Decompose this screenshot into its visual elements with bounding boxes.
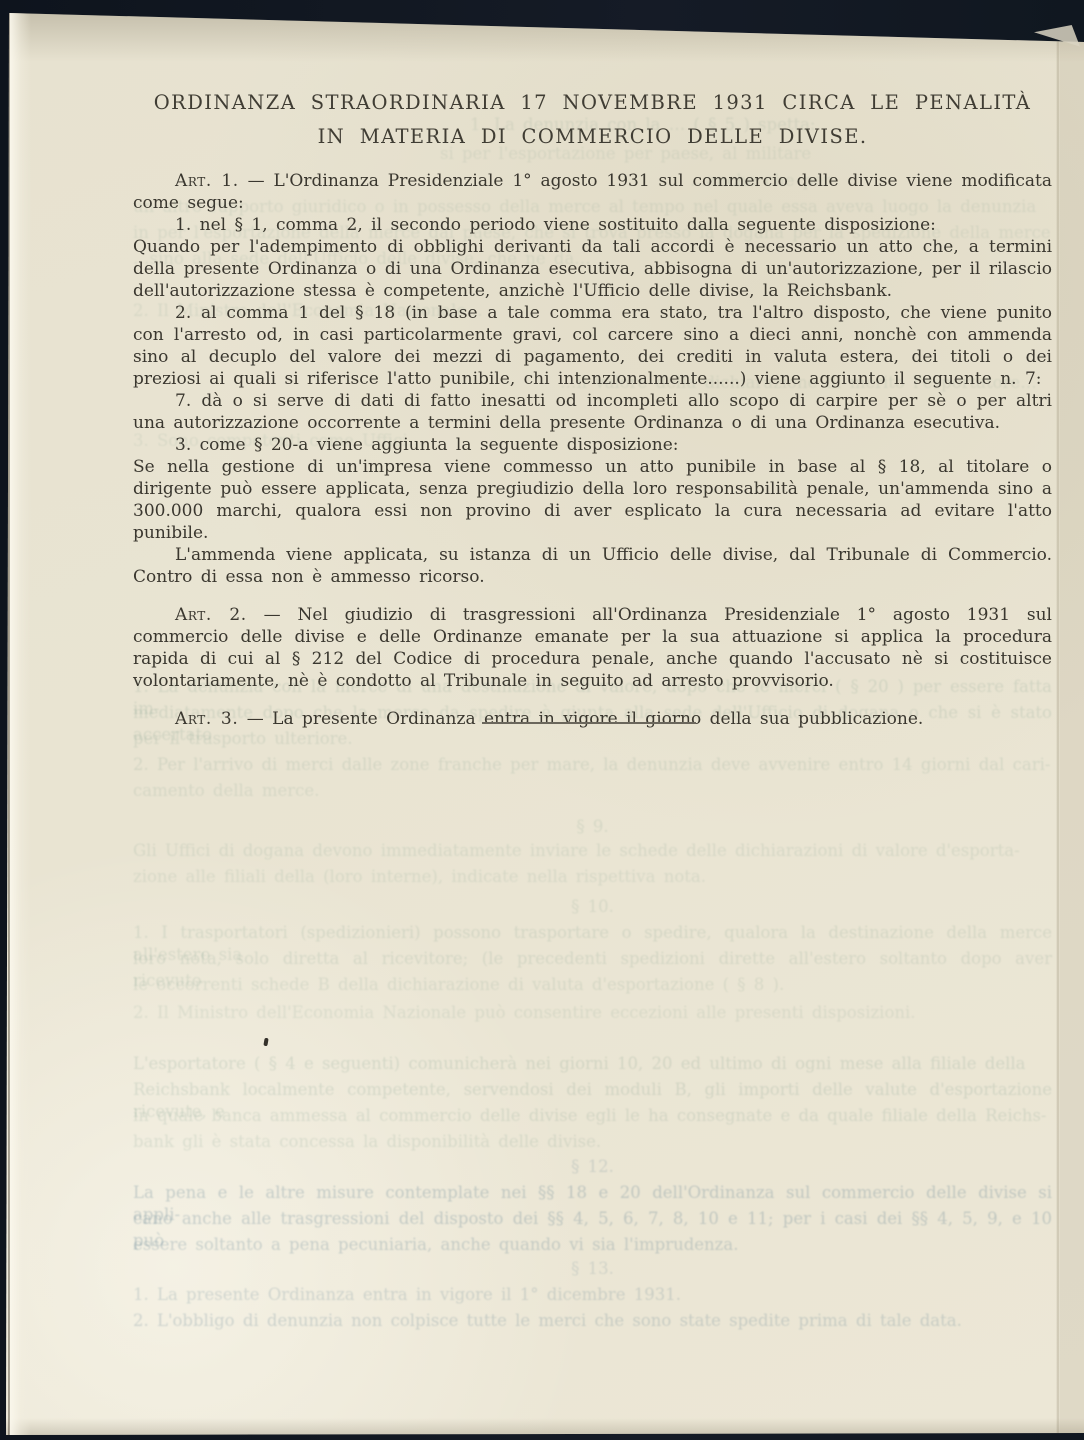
paragraph-ammenda: L'ammenda viene applicata, su istanza di…: [133, 544, 1052, 588]
bleedthrough-line: 1. I trasportatori (spedizionieri) posso…: [133, 922, 1052, 966]
ink-speck: [263, 1038, 268, 1047]
article-1-label: Art. 1.: [175, 171, 239, 191]
section-divider-rule: [482, 722, 696, 724]
bleedthrough-line: 1. La presente Ordinanza entra in vigore…: [133, 1284, 813, 1306]
bleedthrough-line: § 9.: [133, 816, 1052, 838]
bleedthrough-line: essere soltanto a pena pecuniaria, anche…: [133, 1234, 753, 1256]
paragraph-item-7: 7. dà o si serve di dati di fatto inesat…: [133, 390, 1052, 434]
paragraph-provision-20a: Se nella gestione di un'impresa viene co…: [133, 456, 1052, 544]
paragraph-text: — Nel giudizio di trasgressioni all'Ordi…: [133, 605, 1052, 691]
article-3-label: Art. 3.: [175, 709, 238, 729]
paragraph-text: 7. dà o si serve di dati di fatto inesat…: [133, 391, 1052, 433]
paragraph-provision-1: Quando per l'adempimento di obblighi der…: [133, 236, 1052, 302]
paragraph-item-2: 2. al comma 1 del § 18 (in base a tale c…: [133, 302, 1052, 390]
page-left-edge-line: [8, 13, 10, 1435]
bleedthrough-line: § 10.: [133, 896, 1052, 918]
top-edge-shadow: [0, 0, 1084, 62]
bleedthrough-line: 2. Il Ministro dell'Economia Nazionale p…: [133, 1002, 933, 1024]
paragraph-item-1: 1. nel § 1, comma 2, il secondo periodo …: [133, 214, 1052, 236]
paragraph-item-3: 3. come § 20-a viene aggiunta la seguent…: [133, 434, 1052, 456]
bottom-edge-shadow: [0, 1418, 1084, 1440]
paragraph-text: — La presente Ordinanza entra in vigore …: [238, 709, 923, 729]
paragraph-text: 3. come § 20-a viene aggiunta la seguent…: [175, 435, 679, 455]
bleedthrough-line: cano anche alle trasgressioni del dispos…: [133, 1208, 1052, 1252]
document-title-line1: ORDINANZA STRAORDINARIA 17 NOVEMBRE 1931…: [133, 86, 1052, 120]
bleedthrough-line: § 13.: [133, 1258, 1052, 1280]
paragraph-art-2: Art. 2. — Nel giudizio di trasgressioni …: [133, 604, 1052, 692]
paragraph-text: 2. al comma 1 del § 18 (in base a tale c…: [133, 303, 1052, 389]
bleedthrough-line: per il trasporto ulteriore.: [133, 728, 513, 750]
paragraph-text: Quando per l'adempimento di obblighi der…: [133, 237, 1052, 301]
bleedthrough-line: Reichsbank localmente competente, serven…: [133, 1079, 1052, 1123]
page-right-crease: [1056, 40, 1060, 1434]
article-2-label: Art. 2.: [175, 605, 247, 625]
paragraph-text: Se nella gestione di un'impresa viene co…: [133, 457, 1052, 543]
paragraph-art-1-intro: Art. 1. — L'Ordinanza Presidenziale 1° a…: [133, 170, 1052, 214]
page-right-shade: [1060, 36, 1084, 1436]
bleedthrough-line: camento della merce.: [133, 780, 453, 802]
bleedthrough-line: 2. Per l'arrivo di merci dalle zone fran…: [133, 754, 1052, 776]
bleedthrough-line: § 12.: [133, 1156, 1052, 1178]
bleedthrough-line: loro nota, solo diretta al ricevitore; (…: [133, 948, 1052, 992]
bleedthrough-line: La pena e le altre misure contemplate ne…: [133, 1182, 1052, 1226]
bleedthrough-line: Gli Uffici di dogana devono immediatamen…: [133, 840, 1052, 862]
bleedthrough-line: le occorrenti schede B della dichiarazio…: [133, 974, 873, 996]
bleedthrough-line: in quale banca ammessa al commercio dell…: [133, 1105, 1052, 1127]
document-title-line2: IN MATERIA DI COMMERCIO DELLE DIVISE.: [133, 120, 1052, 154]
paragraph-art-3: Art. 3. — La presente Ordinanza entra in…: [133, 708, 1052, 730]
paragraph-text: — L'Ordinanza Presidenziale 1° agosto 19…: [133, 171, 1052, 213]
page-left-edge: [9, 13, 31, 1435]
document-body: ORDINANZA STRAORDINARIA 17 NOVEMBRE 1931…: [133, 86, 1052, 730]
bleedthrough-line: zione alle filiali della (loro interne),…: [133, 866, 813, 888]
paragraph-text: 1. nel § 1, comma 2, il secondo periodo …: [175, 215, 936, 235]
paragraph-text: L'ammenda viene applicata, su istanza di…: [133, 545, 1052, 587]
bleedthrough-line: L'esportatore ( § 4 e seguenti) comunich…: [133, 1053, 1052, 1075]
scanned-page-paper: 1. La denunzia con la … ( § 5 ) spetta: …: [0, 0, 1084, 1440]
bleedthrough-line: bank gli è stata concessa la disponibili…: [133, 1131, 613, 1153]
bleedthrough-line: 2. L'obbligo di denunzia non colpisce tu…: [133, 1310, 1052, 1332]
